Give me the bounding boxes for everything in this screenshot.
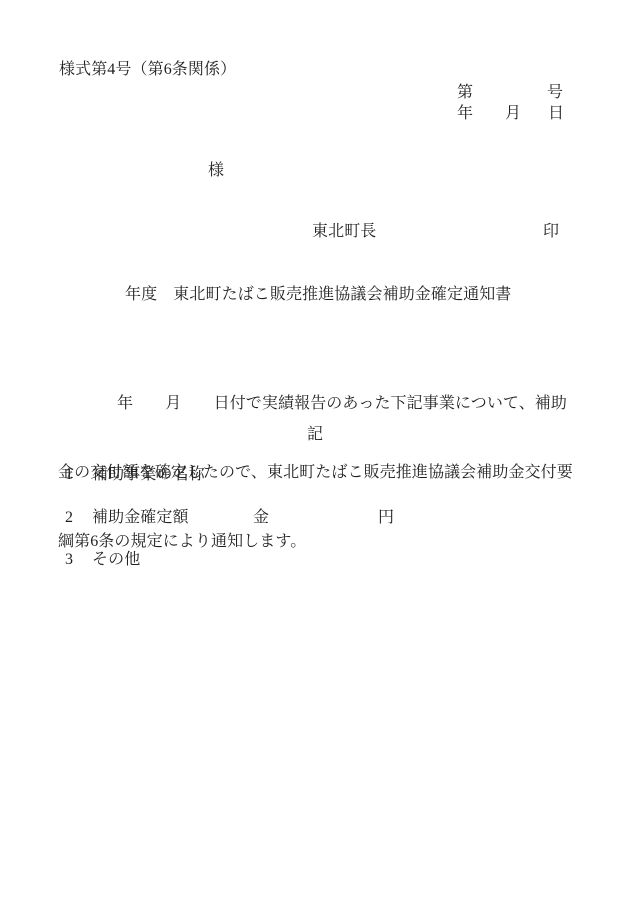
date-month-label: 月 — [505, 106, 521, 122]
form-number-label: 様式第4号（第6条関係） — [59, 62, 236, 78]
document-number-suffix: 号 — [547, 85, 563, 101]
item-2-currency-prefix: 金 — [253, 510, 269, 526]
item-1-number: 1 — [65, 467, 73, 483]
item-2-currency-suffix: 円 — [378, 510, 394, 526]
date-day-label: 日 — [548, 106, 564, 122]
document-page: 様式第4号（第6条関係） 第 号 年 月 日 様 東北町長 印 年度 東北町たば… — [0, 0, 630, 903]
item-1-label: 補助事業の名称 — [92, 467, 205, 483]
item-2-label: 補助金確定額 — [92, 510, 189, 526]
item-3-label: その他 — [92, 552, 140, 568]
body-line-1: 年 月 日付で実績報告のあった下記事業について、補助 — [58, 392, 578, 415]
date-year-label: 年 — [457, 106, 473, 122]
seal-mark: 印 — [543, 224, 559, 240]
list-item-1: 1 補助事業の名称 — [0, 467, 630, 487]
addressee-honorific: 様 — [208, 163, 224, 179]
list-item-3: 3 その他 — [0, 552, 630, 572]
document-title: 年度 東北町たばこ販売推進協議会補助金確定通知書 — [125, 287, 511, 303]
list-item-2: 2 補助金確定額 金 円 — [0, 510, 630, 530]
sender-title: 東北町長 — [312, 224, 376, 240]
item-2-number: 2 — [65, 510, 73, 526]
body-line-3: 綱第6条の規定により通知します。 — [58, 530, 578, 553]
record-marker: 記 — [0, 427, 630, 443]
item-3-number: 3 — [65, 552, 73, 568]
document-number-prefix: 第 — [457, 85, 473, 101]
